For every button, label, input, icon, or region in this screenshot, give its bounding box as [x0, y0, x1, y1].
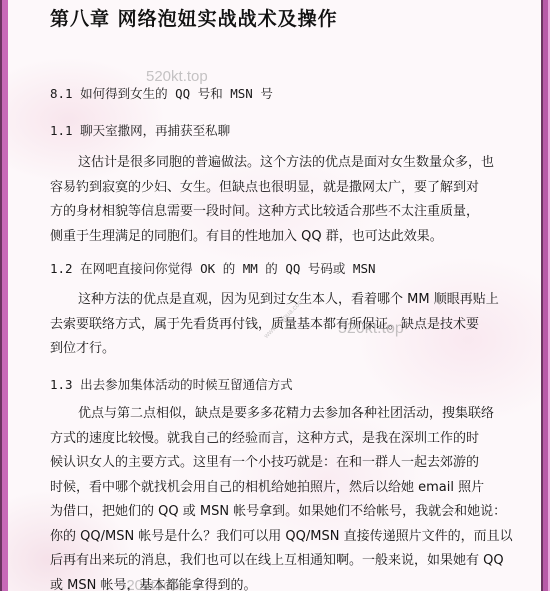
watermark-top: 520kt.top [146, 68, 208, 85]
paragraph-line: 方的身材相貌等信息需要一段时间。这种方式比较适合那些不太注重质量， [50, 200, 530, 225]
section-heading-8-1: 8.1 如何得到女生的 QQ 号和 MSN 号 [50, 84, 273, 102]
paragraph-line: 候认识女人的主要方式。这里有一个小技巧就是：在和一群人一起去郊游的 [50, 451, 530, 476]
paragraph-line: 优点与第二点相似，缺点是要多多花精力去参加各种社团活动，搜集联络 [50, 402, 530, 427]
paragraph-line: 后再有出来玩的消息，我们也可以在线上互相通知啊。一般来说，如果她有 QQ [50, 549, 530, 574]
paragraph-line: 去索要联络方式，属于先看货再付钱，质量基本都有所保证。缺点是技术要 [50, 313, 530, 338]
paragraph-line: 到位才行。 [50, 337, 530, 362]
paragraph-line: 侧重于生理满足的同胞们。有目的性地加入 QQ 群，也可达此效果。 [50, 225, 530, 250]
paragraph-line: 时候，看中哪个就找机会用自己的相机给她拍照片，然后以给她 email 照片 [50, 476, 530, 501]
paragraph-line: 你的 QQ/MSN 帐号是什么？我们可以用 QQ/MSN 直接传递照片文件的，而… [50, 525, 530, 550]
right-page-border [541, 0, 550, 591]
paragraph-line: 为借口，把她们的 QQ 或 MSN 帐号拿到。如果她们不给帐号，我就会和她说： [50, 500, 530, 525]
paragraph-line: 这估计是很多同胞的普遍做法。这个方法的优点是面对女生数量众多，也 [50, 151, 530, 176]
section-heading-1-2: 1.2 在网吧直接问你觉得 OK 的 MM 的 QQ 号码或 MSN [50, 259, 376, 277]
paragraph-line: 这种方法的优点是直观，因为见到过女生本人，看着哪个 MM 顺眼再贴上 [50, 288, 530, 313]
paragraph-line: 容易钓到寂寞的少妇、女生。但缺点也很明显，就是撒网太广，要了解到对 [50, 176, 530, 201]
paragraph-line: 或 MSN 帐号，基本都能拿得到的。 [50, 574, 530, 591]
section-heading-1-1: 1.1 聊天室撒网，再捕获至私聊 [50, 121, 230, 139]
left-page-border [0, 0, 8, 591]
paragraph-1-1: 这估计是很多同胞的普遍做法。这个方法的优点是面对女生数量众多，也 容易钓到寂寞的… [50, 151, 530, 249]
paragraph-1-3: 优点与第二点相似，缺点是要多多花精力去参加各种社团活动，搜集联络 方式的速度比较… [50, 402, 530, 591]
section-heading-1-3: 1.3 出去参加集体活动的时候互留通信方式 [50, 375, 293, 393]
paragraph-1-2: 这种方法的优点是直观，因为见到过女生本人，看着哪个 MM 顺眼再贴上 去索要联络… [50, 288, 530, 362]
document-page: 第八章 网络泡妞实战战术及操作 520kt.top 520kt.top 520k… [8, 0, 541, 591]
chapter-title: 第八章 网络泡妞实战战术及操作 [50, 4, 338, 31]
paragraph-line: 方式的速度比较慢。就我自己的经验而言，这种方式，是我在深圳工作的时 [50, 427, 530, 452]
